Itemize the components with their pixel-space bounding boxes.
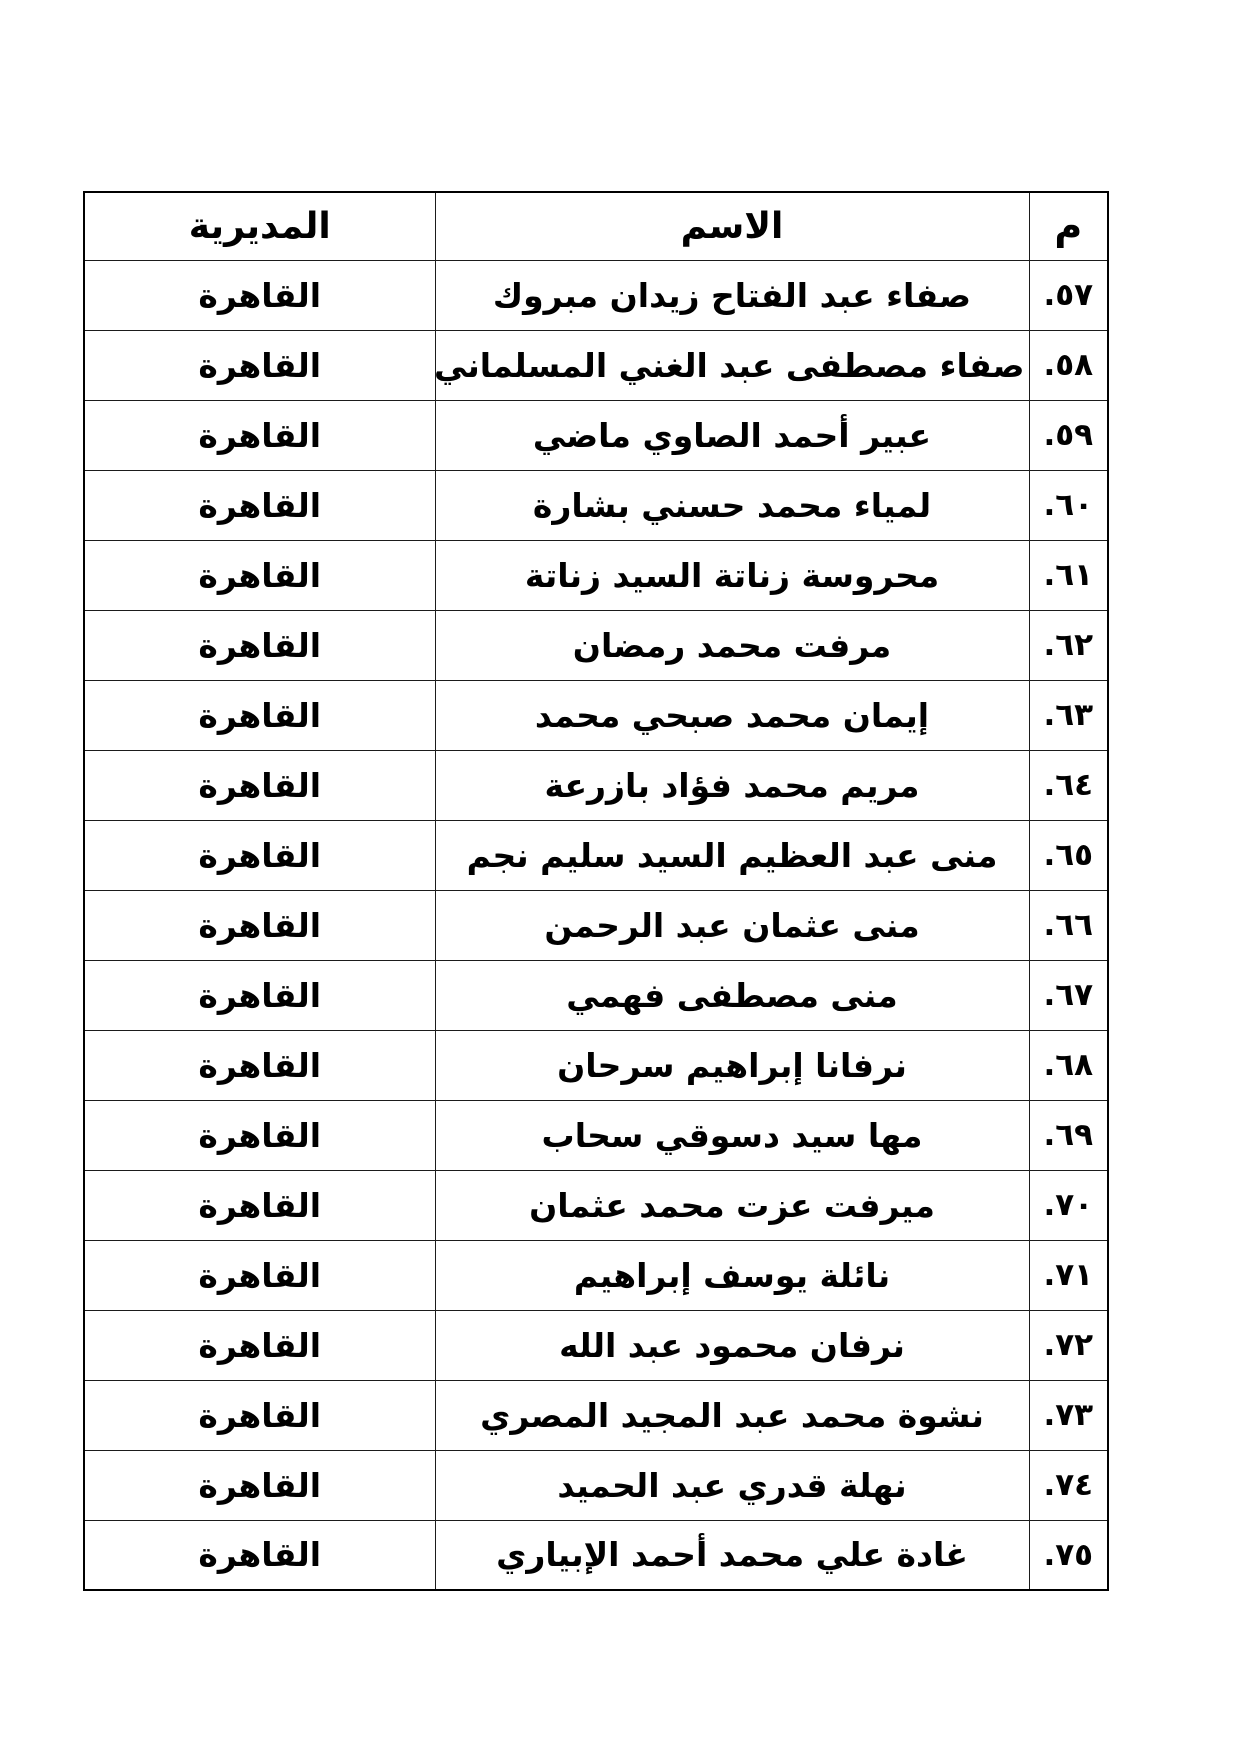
cell-number: ٧٣. [1029, 1380, 1108, 1450]
cell-name: منى مصطفى فهمي [435, 960, 1029, 1030]
cell-directorate: القاهرة [84, 680, 435, 750]
cell-directorate: القاهرة [84, 260, 435, 330]
cell-directorate: القاهرة [84, 1380, 435, 1450]
cell-directorate: القاهرة [84, 610, 435, 680]
table-row: ٦٠. لمياء محمد حسني بشارة القاهرة [84, 470, 1108, 540]
header-directorate: المديرية [84, 192, 435, 260]
table-row: ٥٧. صفاء عبد الفتاح زيدان مبروك القاهرة [84, 260, 1108, 330]
cell-number: ٧٢. [1029, 1310, 1108, 1380]
cell-name: مرفت محمد رمضان [435, 610, 1029, 680]
cell-name: مها سيد دسوقي سحاب [435, 1100, 1029, 1170]
cell-number: ٧٤. [1029, 1450, 1108, 1520]
cell-number: ٦٣. [1029, 680, 1108, 750]
cell-number: ٧٥. [1029, 1520, 1108, 1590]
document-page: م الاسم المديرية ٥٧. صفاء عبد الفتاح زيد… [0, 0, 1241, 1755]
cell-number: ٦٥. [1029, 820, 1108, 890]
cell-number: ٧٠. [1029, 1170, 1108, 1240]
cell-directorate: القاهرة [84, 1240, 435, 1310]
roster-table: م الاسم المديرية ٥٧. صفاء عبد الفتاح زيد… [83, 191, 1109, 1591]
table-row: ٦٣. إيمان محمد صبحي محمد القاهرة [84, 680, 1108, 750]
cell-directorate: القاهرة [84, 470, 435, 540]
cell-name: غادة علي محمد أحمد الإبياري [435, 1520, 1029, 1590]
cell-directorate: القاهرة [84, 960, 435, 1030]
cell-number: ٧١. [1029, 1240, 1108, 1310]
cell-number: ٦٠. [1029, 470, 1108, 540]
cell-directorate: القاهرة [84, 1450, 435, 1520]
cell-directorate: القاهرة [84, 1030, 435, 1100]
table-row: ٧١. نائلة يوسف إبراهيم القاهرة [84, 1240, 1108, 1310]
cell-directorate: القاهرة [84, 330, 435, 400]
table-row: ٦٦. منى عثمان عبد الرحمن القاهرة [84, 890, 1108, 960]
cell-name: ميرفت عزت محمد عثمان [435, 1170, 1029, 1240]
cell-directorate: القاهرة [84, 1100, 435, 1170]
table-row: ٦٤. مريم محمد فؤاد بازرعة القاهرة [84, 750, 1108, 820]
cell-directorate: القاهرة [84, 1520, 435, 1590]
cell-name: نرفان محمود عبد الله [435, 1310, 1029, 1380]
table-row: ٦٥. منى عبد العظيم السيد سليم نجم القاهر… [84, 820, 1108, 890]
cell-name: صفاء مصطفى عبد الغني المسلماني [435, 330, 1029, 400]
table-row: ٧٤. نهلة قدري عبد الحميد القاهرة [84, 1450, 1108, 1520]
cell-directorate: القاهرة [84, 820, 435, 890]
cell-directorate: القاهرة [84, 400, 435, 470]
header-row: م الاسم المديرية [84, 192, 1108, 260]
table-row: ٦٩. مها سيد دسوقي سحاب القاهرة [84, 1100, 1108, 1170]
cell-name: عبير أحمد الصاوي ماضي [435, 400, 1029, 470]
cell-number: ٥٨. [1029, 330, 1108, 400]
cell-name: نرفانا إبراهيم سرحان [435, 1030, 1029, 1100]
cell-name: نشوة محمد عبد المجيد المصري [435, 1380, 1029, 1450]
table-row: ٥٨. صفاء مصطفى عبد الغني المسلماني القاه… [84, 330, 1108, 400]
cell-directorate: القاهرة [84, 1170, 435, 1240]
cell-name: محروسة زناتة السيد زناتة [435, 540, 1029, 610]
cell-number: ٥٧. [1029, 260, 1108, 330]
cell-name: نائلة يوسف إبراهيم [435, 1240, 1029, 1310]
header-name: الاسم [435, 192, 1029, 260]
cell-directorate: القاهرة [84, 750, 435, 820]
header-number: م [1029, 192, 1108, 260]
table-row: ٦٨. نرفانا إبراهيم سرحان القاهرة [84, 1030, 1108, 1100]
cell-number: ٦١. [1029, 540, 1108, 610]
cell-name: منى عبد العظيم السيد سليم نجم [435, 820, 1029, 890]
cell-name: نهلة قدري عبد الحميد [435, 1450, 1029, 1520]
cell-name: إيمان محمد صبحي محمد [435, 680, 1029, 750]
cell-number: ٦٨. [1029, 1030, 1108, 1100]
cell-number: ٦٢. [1029, 610, 1108, 680]
cell-number: ٦٧. [1029, 960, 1108, 1030]
table-row: ٧٥. غادة علي محمد أحمد الإبياري القاهرة [84, 1520, 1108, 1590]
table-row: ٦٢. مرفت محمد رمضان القاهرة [84, 610, 1108, 680]
cell-number: ٥٩. [1029, 400, 1108, 470]
cell-number: ٦٦. [1029, 890, 1108, 960]
cell-name: صفاء عبد الفتاح زيدان مبروك [435, 260, 1029, 330]
cell-directorate: القاهرة [84, 890, 435, 960]
cell-name: منى عثمان عبد الرحمن [435, 890, 1029, 960]
cell-number: ٦٤. [1029, 750, 1108, 820]
cell-directorate: القاهرة [84, 1310, 435, 1380]
table-row: ٧٣. نشوة محمد عبد المجيد المصري القاهرة [84, 1380, 1108, 1450]
cell-directorate: القاهرة [84, 540, 435, 610]
table-row: ٥٩. عبير أحمد الصاوي ماضي القاهرة [84, 400, 1108, 470]
cell-number: ٦٩. [1029, 1100, 1108, 1170]
table-row: ٦٧. منى مصطفى فهمي القاهرة [84, 960, 1108, 1030]
cell-name: لمياء محمد حسني بشارة [435, 470, 1029, 540]
table-row: ٧٠. ميرفت عزت محمد عثمان القاهرة [84, 1170, 1108, 1240]
table-row: ٧٢. نرفان محمود عبد الله القاهرة [84, 1310, 1108, 1380]
table-row: ٦١. محروسة زناتة السيد زناتة القاهرة [84, 540, 1108, 610]
cell-name: مريم محمد فؤاد بازرعة [435, 750, 1029, 820]
